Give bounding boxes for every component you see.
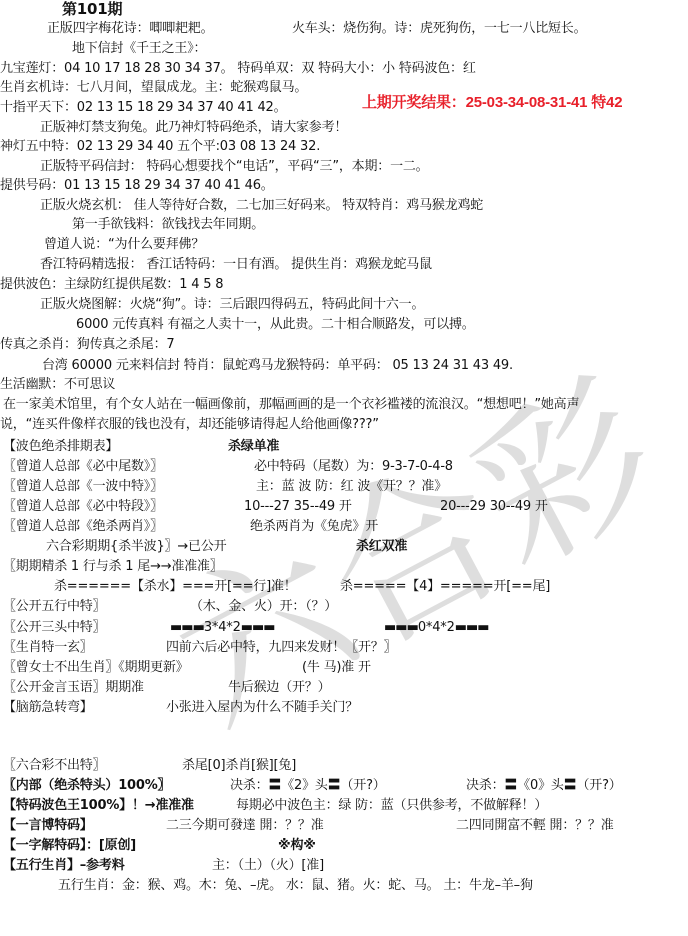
issue-title: 第101期 <box>62 0 122 18</box>
last-result: 上期开奖结果：25-03-34-08-31-41 特42 <box>362 94 622 112</box>
table-header-label: 【波色绝杀排期表】 <box>3 438 118 456</box>
table-row-value: 20---29 30--49 开 <box>440 498 548 516</box>
text-line: 生活幽默：不可思议 <box>0 376 115 394</box>
three-heads-value: 3*4*2 <box>204 620 241 635</box>
half-wave-value: 杀红双准 <box>356 538 407 556</box>
text-line: 神灯五中特：02 13 29 34 40 五个平:03 08 13 24 32. <box>0 138 320 156</box>
half-wave-label: 六合彩期期{杀半波}〗→已公开 <box>46 538 226 556</box>
kill-line-a: 杀======【杀水】===开[==行]准！ <box>54 578 297 596</box>
table-row-value: 主：蓝 波 防：红 波《开？？准》 <box>256 478 447 496</box>
text-line: 6000 元传真料 有福之人卖十一，从此贵。二十相合顺路发，可以搏。 <box>76 316 475 334</box>
wuxing-label: 【五行生肖】–参考料 <box>3 857 125 875</box>
text-line: 正版特平码信封： 特码心想要找个“电话”，平码“三”，本期：一二。 <box>40 158 428 176</box>
bar-glyph: ▬▬▬ <box>241 620 275 635</box>
text-line: 香江特码精选报： 香江话特码：一日有酒。 提供生肖：鸡猴龙蛇马鼠 <box>40 256 432 274</box>
one-char-label: 【一字解特码】：[原创] <box>3 837 136 855</box>
text-line: 十指平天下：02 13 15 18 29 34 37 40 41 42。 <box>0 99 286 117</box>
table-row-label: 〖曾道人总部《绝杀两肖》〗 <box>3 518 163 536</box>
ms-zeng-value: (牛 马)准 开 <box>302 659 371 677</box>
ms-zeng-label: 〖曾女士不出生肖〗《期期更新》 <box>3 659 189 677</box>
wave-king-label: 【特码波色王100%】！→准准准 <box>3 797 194 815</box>
text-line: 提供号码：01 13 15 18 29 34 37 40 41 46。 <box>0 177 274 195</box>
text-line: 第一手欲钱料：欲钱找去年同期。 <box>72 216 264 234</box>
bar-glyph: ▬▬▬ <box>455 620 489 635</box>
bar-glyph: ▬▬▬ <box>170 620 204 635</box>
zodiac-mystery-value: 四前六后必中特，九四来发财！〖开？〗 <box>166 639 396 657</box>
text-line: 正版火烧玄机： 佳人等待好合数，二七加三好码来。 特双特肖：鸡马猴龙鸡蛇 <box>40 197 483 215</box>
text-line: 正版火烧图解：火烧“狗”。诗：三后跟四得码五，特码此间十六一。 <box>40 296 424 314</box>
text-line: 说，“连买件像样衣服的钱也没有，却还能够请得起人给他画像???” <box>0 416 379 434</box>
table-row-value: 绝杀两肖为《兔虎》开 <box>250 518 378 536</box>
text-line: 正版神灯禁支狗兔。此乃神灯特码绝杀，请大家参考！ <box>40 119 347 137</box>
text-line: 曾道人说：“为什么要拜佛？ <box>44 236 204 254</box>
internal-value-a: 决杀：〓《2》头〓（开?） <box>230 777 386 795</box>
text-line: 生肖玄机诗：七八月间，望鼠成龙。主：蛇猴鸡鼠马。 <box>0 79 307 97</box>
zodiac-mystery-label: 〖生肖特一玄〗 <box>3 639 93 657</box>
bar-glyph: ▬▬▬ <box>384 620 418 635</box>
riddle-value: 小张进入屋内为什么不随手关门？ <box>166 699 358 717</box>
one-word-value-b: 二四同開富不輕 開：？？准 <box>456 817 614 835</box>
table-row-label: 〖曾道人总部《必中尾数》〗 <box>3 458 163 476</box>
five-elements-value: （木、金、火）开：（？） <box>190 598 337 616</box>
wuxing-value: 主：（土）（火）[准] <box>212 857 324 875</box>
three-heads-value: 0*4*2 <box>418 620 455 635</box>
text-line: 提供波色：主绿防红提供尾数：1 4 5 8 <box>0 276 223 294</box>
three-heads-b: ▬▬▬0*4*2▬▬▬ <box>384 619 489 637</box>
one-word-label: 【一言博特码】 <box>3 817 93 835</box>
text-line: 九宝莲灯：04 10 17 18 28 30 34 37。 特码单双：双 特码大… <box>0 60 476 78</box>
golden-words-value: 牛后猴边（开？） <box>228 679 330 697</box>
text-line: 在一家美术馆里，有个女人站在一幅画像前，那幅画画的是一个衣衫褴褛的流浪汉。“想想… <box>3 396 579 414</box>
table-row-label: 〖曾道人总部《必中特段》〗 <box>3 498 163 516</box>
text-line: 台湾 60000 元来料信封 特肖：鼠蛇鸡马龙猴特码：单平码： 05 13 24… <box>42 357 513 375</box>
no-special-label: 〖六合彩不出特〗 <box>3 757 105 775</box>
one-word-value-a: 二三今期可發達 開：？？准 <box>166 817 324 835</box>
internal-label: 〖内部（绝杀特头）100%〗 <box>3 777 170 795</box>
three-heads-a: ▬▬▬3*4*2▬▬▬ <box>170 619 275 637</box>
kill-one-line: 〖期期精杀 1 行与杀 1 尾→→准准准〗 <box>3 558 223 576</box>
text-line: 正版四字梅花诗：唧唧耙耙。 <box>47 20 213 38</box>
table-header-value: 杀绿单准 <box>228 438 279 456</box>
text-line: 火车头：烧伤狗。诗：虎死狗伤，一七一八比短长。 <box>292 20 586 38</box>
one-char-value: ※构※ <box>278 837 316 855</box>
riddle-label: 【脑筋急转弯】 <box>3 699 93 717</box>
three-heads-label: 〖公开三头中特〗 <box>3 619 105 637</box>
internal-value-b: 决杀：〓《0》头〓（开?） <box>466 777 622 795</box>
five-elements-label: 〖公开五行中特〗 <box>3 598 105 616</box>
table-row-label: 〖曾道人总部《一波中特》〗 <box>3 478 163 496</box>
text-line: 传真之杀肖：狗传真之杀尾：7 <box>0 336 174 354</box>
wuxing-detail: 五行生肖：金：猴、鸡。木：兔、–虎。 水：鼠、猪。火：蛇、马。 土：牛龙–羊–狗 <box>58 877 533 895</box>
golden-words-label: 〖公开金言玉语〗期期准 <box>3 679 144 697</box>
kill-line-b: 杀=====【4】=====开[==尾] <box>340 578 550 596</box>
table-row-value: 必中特码（尾数）为：9-3-7-0-4-8 <box>254 458 453 476</box>
table-row-value: 10---27 35--49 开 <box>244 498 352 516</box>
wave-king-value: 每期必中波色主：绿 防：蓝（只供参考，不做解释！） <box>236 797 547 815</box>
text-line: 地下信封《千王之王》： <box>72 40 206 58</box>
no-special-value: 杀尾[0]杀肖[猴][兔] <box>182 757 296 775</box>
